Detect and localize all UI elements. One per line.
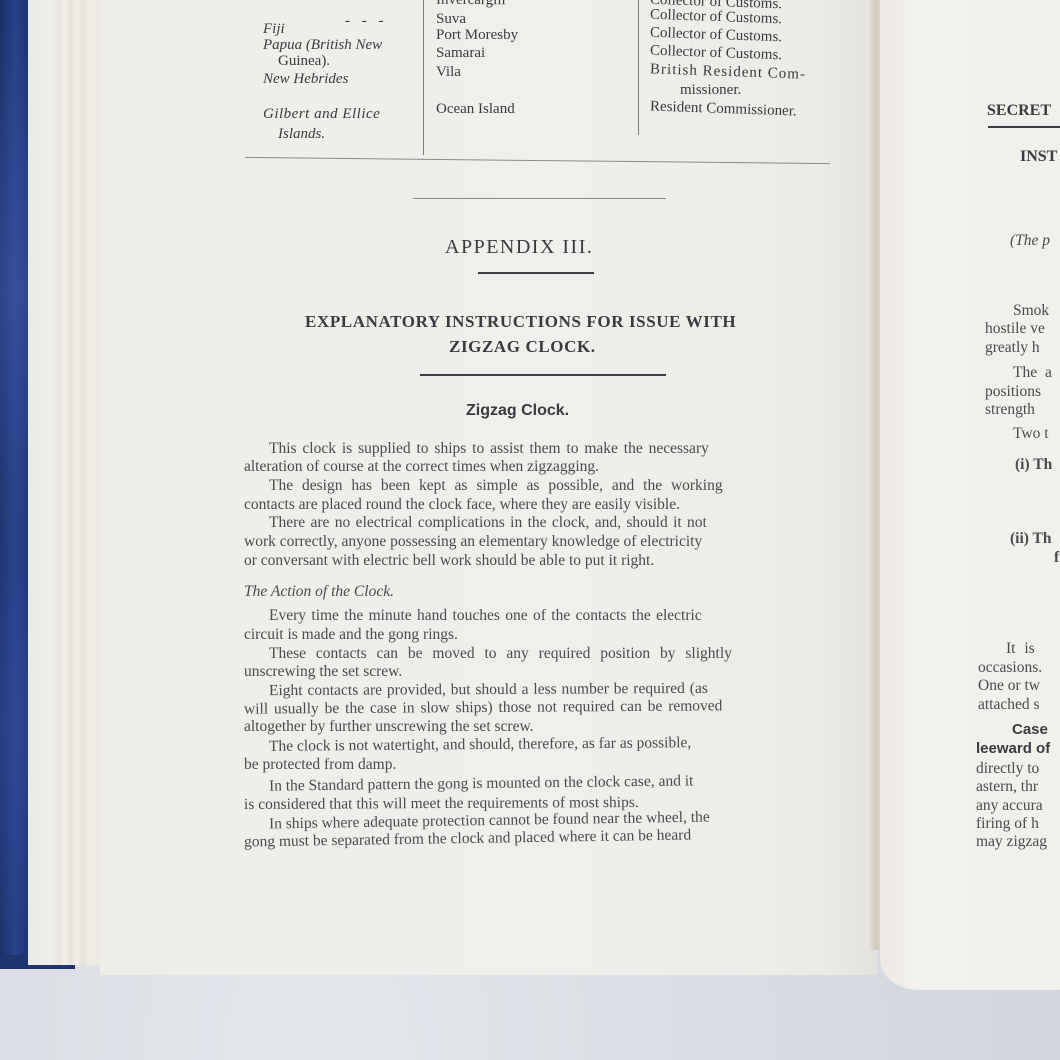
body-line: Smok <box>1013 302 1049 320</box>
list-item-ii: (ii) Th <box>1010 530 1052 548</box>
right-note: (The p <box>1010 232 1050 250</box>
section-divider <box>413 198 666 199</box>
page-edges <box>28 0 106 965</box>
table-cell-port: Suva <box>436 11 466 28</box>
case-heading: Case <box>1012 721 1048 738</box>
body-line: The clock is not watertight, and should,… <box>269 734 691 756</box>
list-item-i: (i) Th <box>1015 456 1052 474</box>
table-cell-port: Port Moresby <box>436 27 518 44</box>
body-line: directly to <box>976 760 1039 778</box>
body-line: astern, thr <box>976 778 1038 796</box>
title-underline <box>478 272 594 274</box>
body-line: alteration of course at the correct time… <box>244 458 599 476</box>
body-line: Every time the minute hand touches one o… <box>269 607 702 625</box>
book-cover <box>0 0 30 965</box>
table-cell-port: Ocean Island <box>436 101 515 118</box>
right-heading-underline <box>988 126 1060 128</box>
table-cell-colony: Guinea). <box>278 53 330 70</box>
table-leader: - - - <box>345 13 388 30</box>
table-cell-authority: missioner. <box>680 82 741 99</box>
body-line: will usually be the case in slow ships) … <box>244 697 723 718</box>
case-subheading: leeward of <box>976 740 1050 757</box>
body-line: f <box>1054 549 1059 567</box>
table-cell-colony: Islands. <box>278 126 325 143</box>
body-line: or conversant with electric bell work sh… <box>244 552 654 570</box>
body-line: occasions. <box>978 659 1042 677</box>
action-heading: The Action of the Clock. <box>244 583 394 601</box>
table-column-divider <box>638 0 639 135</box>
body-line: firing of h <box>976 815 1039 833</box>
body-line: altogether by further unscrewing the set… <box>244 718 534 736</box>
body-line: Two t <box>1013 425 1049 443</box>
right-subheading: INST <box>1020 148 1057 166</box>
appendix-title: APPENDIX III. <box>445 236 593 259</box>
body-line: be protected from damp. <box>244 756 396 774</box>
section-title-line1: EXPLANATORY INSTRUCTIONS FOR ISSUE WITH <box>305 312 736 332</box>
body-line: may zigzag <box>976 833 1047 851</box>
body-line: This clock is supplied to ships to assis… <box>269 440 709 458</box>
section-title-line2: ZIGZAG CLOCK. <box>449 337 596 357</box>
table-cell-port: Invercargill <box>436 0 506 9</box>
table-cell-port: Vila <box>436 64 461 81</box>
table-cell-colony: Gilbert and Ellice <box>263 106 380 123</box>
subheading-zigzag-clock: Zigzag Clock. <box>466 402 569 420</box>
body-line: contacts are placed round the clock face… <box>244 496 680 514</box>
table-column-divider <box>423 0 424 155</box>
table-cell-colony: Fiji <box>263 21 285 38</box>
body-line: positions <box>985 383 1041 401</box>
body-line: strength <box>985 401 1035 419</box>
body-line: There are no electrical complications in… <box>269 514 707 532</box>
table-cell-colony: Papua (British New <box>263 37 382 53</box>
right-heading: SECRET <box>987 102 1051 120</box>
body-line: greatly h <box>985 339 1040 357</box>
section-title-underline <box>420 374 666 376</box>
table-cell-port: Samarai <box>436 45 485 62</box>
body-line: unscrewing the set screw. <box>244 663 402 681</box>
body-line: any accura <box>976 797 1043 815</box>
body-line: hostile ve <box>985 320 1045 338</box>
body-line: circuit is made and the gong rings. <box>244 626 458 644</box>
body-line: The design has been kept as simple as po… <box>269 477 723 495</box>
table-cell-colony: New Hebrides <box>263 71 348 88</box>
body-line: attached s <box>978 696 1040 714</box>
body-line: work correctly, anyone possessing an ele… <box>244 533 702 551</box>
body-line: These contacts can be moved to any requi… <box>269 645 732 663</box>
body-line: It is <box>1006 640 1035 658</box>
body-line: The a <box>1013 364 1052 382</box>
body-line: One or tw <box>978 677 1040 695</box>
